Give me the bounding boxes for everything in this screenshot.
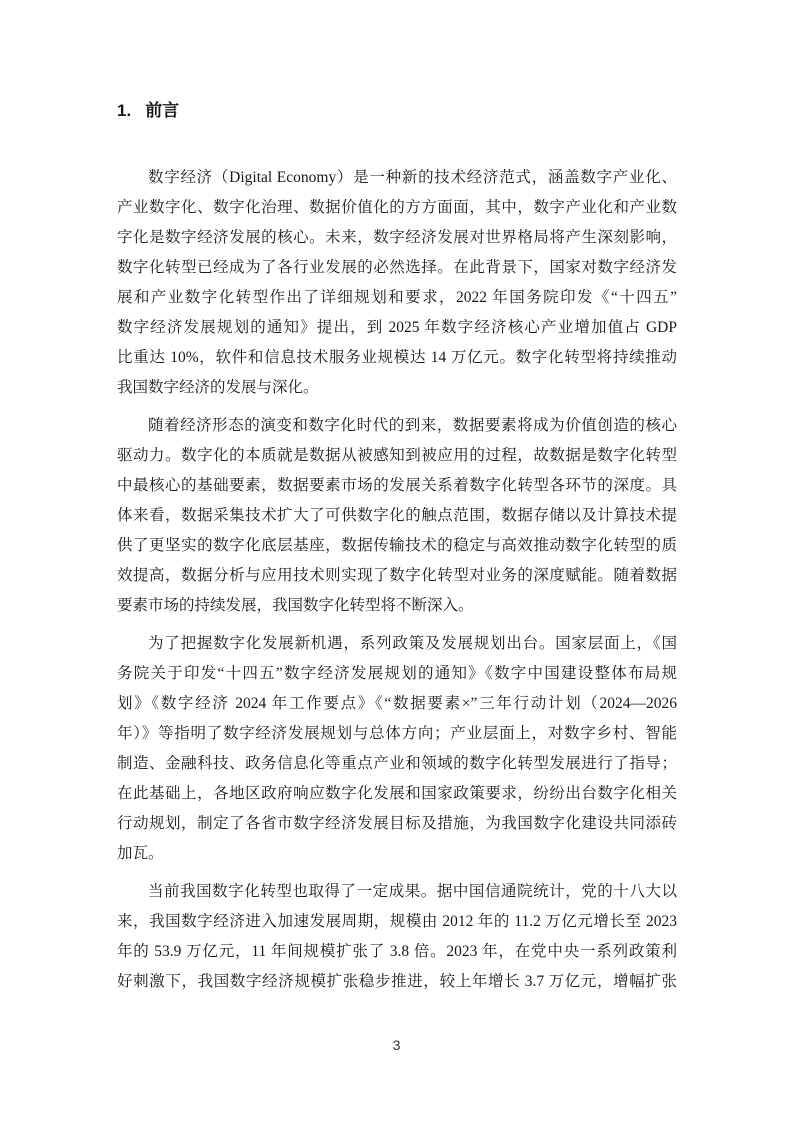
text-line: 随着经济形态的演变和数字化时代的到来，数据要素将成为价值创造的核心 (117, 411, 677, 441)
body-text: 数字经济（Digital Economy）是一种新的技术经济范式，涵盖数字产业化… (117, 163, 677, 997)
text-line: 要素市场的持续发展，我国数字化转型将不断深入。 (117, 591, 677, 621)
section-heading: 1.前言 (117, 96, 179, 121)
text-line: 数字化转型已经成为了各行业发展的必然选择。在此背景下，国家对数字经济发 (117, 253, 677, 283)
paragraph: 当前我国数字化转型也取得了一定成果。据中国信通院统计，党的十八大以来，我国数字经… (117, 877, 677, 997)
text-line: 展和产业数字化转型作出了详细规划和要求，2022 年国务院印发《“十四五” (117, 283, 677, 313)
text-line: 数字经济发展规划的通知》提出，到 2025 年数字经济核心产业增加值占 GDP (117, 313, 677, 343)
text-line: 中最核心的基础要素，数据要素市场的发展关系着数字化转型各环节的深度。具 (117, 471, 677, 501)
text-line: 年）》等指明了数字经济发展规划与总体方向；产业层面上，对数字乡村、智能 (117, 719, 677, 749)
text-line: 好刺激下，我国数字经济规模扩张稳步推进，较上年增长 3.7 万亿元，增幅扩张 (117, 967, 677, 997)
paragraph: 数字经济（Digital Economy）是一种新的技术经济范式，涵盖数字产业化… (117, 163, 677, 403)
text-line: 在此基础上，各地区政府响应数字化发展和国家政策要求，纷纷出台数字化相关 (117, 779, 677, 809)
text-line: 当前我国数字化转型也取得了一定成果。据中国信通院统计，党的十八大以 (117, 877, 677, 907)
heading-number: 1. (117, 101, 131, 121)
page-number: 3 (0, 1034, 793, 1056)
text-line: 体来看，数据采集技术扩大了可供数字化的触点范围，数据存储以及计算技术提 (117, 501, 677, 531)
text-line: 比重达 10%，软件和信息技术服务业规模达 14 万亿元。数字化转型将持续推动 (117, 343, 677, 373)
text-line: 务院关于印发“十四五”数字经济发展规划的通知》《数字中国建设整体布局规 (117, 659, 677, 689)
paragraph: 随着经济形态的演变和数字化时代的到来，数据要素将成为价值创造的核心驱动力。数字化… (117, 411, 677, 621)
paragraph: 为了把握数字化发展新机遇，系列政策及发展规划出台。国家层面上，《国务院关于印发“… (117, 629, 677, 869)
heading-title: 前言 (145, 101, 179, 120)
text-line: 加瓦。 (117, 839, 677, 869)
text-line: 制造、金融科技、政务信息化等重点产业和领域的数字化转型发展进行了指导； (117, 749, 677, 779)
text-line: 行动规划，制定了各省市数字经济发展目标及措施，为我国数字化建设共同添砖 (117, 809, 677, 839)
text-line: 来，我国数字经济进入加速发展周期，规模由 2012 年的 11.2 万亿元增长至… (117, 907, 677, 937)
text-line: 数字经济（Digital Economy）是一种新的技术经济范式，涵盖数字产业化… (117, 163, 677, 193)
document-page: 1.前言 数字经济（Digital Economy）是一种新的技术经济范式，涵盖… (0, 0, 793, 1122)
text-line: 我国数字经济的发展与深化。 (117, 373, 677, 403)
text-line: 字化是数字经济发展的核心。未来，数字经济发展对世界格局将产生深刻影响， (117, 223, 677, 253)
text-line: 划》《数字经济 2024 年工作要点》《“数据要素×”三年行动计划（2024—2… (117, 689, 677, 719)
text-line: 效提高，数据分析与应用技术则实现了数字化转型对业务的深度赋能。随着数据 (117, 561, 677, 591)
text-line: 为了把握数字化发展新机遇，系列政策及发展规划出台。国家层面上，《国 (117, 629, 677, 659)
text-line: 供了更坚实的数字化底层基座，数据传输技术的稳定与高效推动数字化转型的质 (117, 531, 677, 561)
text-line: 年的 53.9 万亿元，11 年间规模扩张了 3.8 倍。2023 年，在党中央… (117, 937, 677, 967)
text-line: 产业数字化、数字化治理、数据价值化的方方面面，其中，数字产业化和产业数 (117, 193, 677, 223)
text-line: 驱动力。数字化的本质就是数据从被感知到被应用的过程，故数据是数字化转型 (117, 441, 677, 471)
